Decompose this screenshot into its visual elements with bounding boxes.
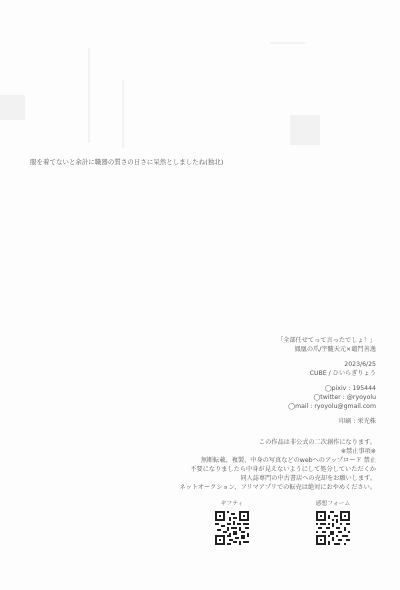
contact-twitter: ◯twitter : @ryoyolu [277,394,376,403]
qr-label: 感想フォーム [310,498,356,507]
contact-pixiv: ◯pixiv : 195444 [277,385,376,394]
book-title: 「全部任せてって言ったでしょ！」 [277,337,376,346]
show-through-mark [290,115,320,145]
notice-line: 同人誌専門の中古書店への売却をお願いします。 [179,474,376,483]
show-through-mark [270,42,305,44]
notice: この作品は非公式の二次創作になります。 ※禁止事項※ 無断転載、複製、中身の写真… [179,438,376,492]
notice-line: 不要になりましたら中身が見えないようにして処分していただくか [179,465,376,474]
circle-name: CUBE / ひいらぎりょう [277,370,376,379]
show-through-mark [88,48,90,143]
qr-label: ギフティ [210,498,254,507]
colophon: 「全部任せてって言ったでしょ！」 鳳凰の爪/宇髄天元×竈門善逸 2023/6/2… [277,337,376,427]
printer: 印刷 : 栄光株 [277,418,376,427]
qr-giftee: ギフティ [210,498,254,545]
show-through-mark [122,80,124,148]
qr-code-icon[interactable] [215,511,249,545]
notice-line: ネットオークション、フリマアプリでの転売は絶対におやめください。 [179,483,376,492]
qr-feedback-form: 感想フォーム [310,498,356,545]
notice-line: 無断転載、複製、中身の写真などのwebへのアップロード 禁止 [179,456,376,465]
contact-mail: ◯mail : ryoyolu@gmail.com [277,403,376,412]
intro-text: 服を着てないと余計に職器の質さの日さに呆然としましたね(独北) [30,157,223,166]
pairing: 鳳凰の爪/宇髄天元×竈門善逸 [277,346,376,355]
qr-code-icon[interactable] [316,511,350,545]
notice-line: ※禁止事項※ [179,447,376,456]
show-through-mark [0,95,25,120]
publish-date: 2023/6/25 [277,361,376,370]
notice-line: この作品は非公式の二次創作になります。 [179,438,376,447]
